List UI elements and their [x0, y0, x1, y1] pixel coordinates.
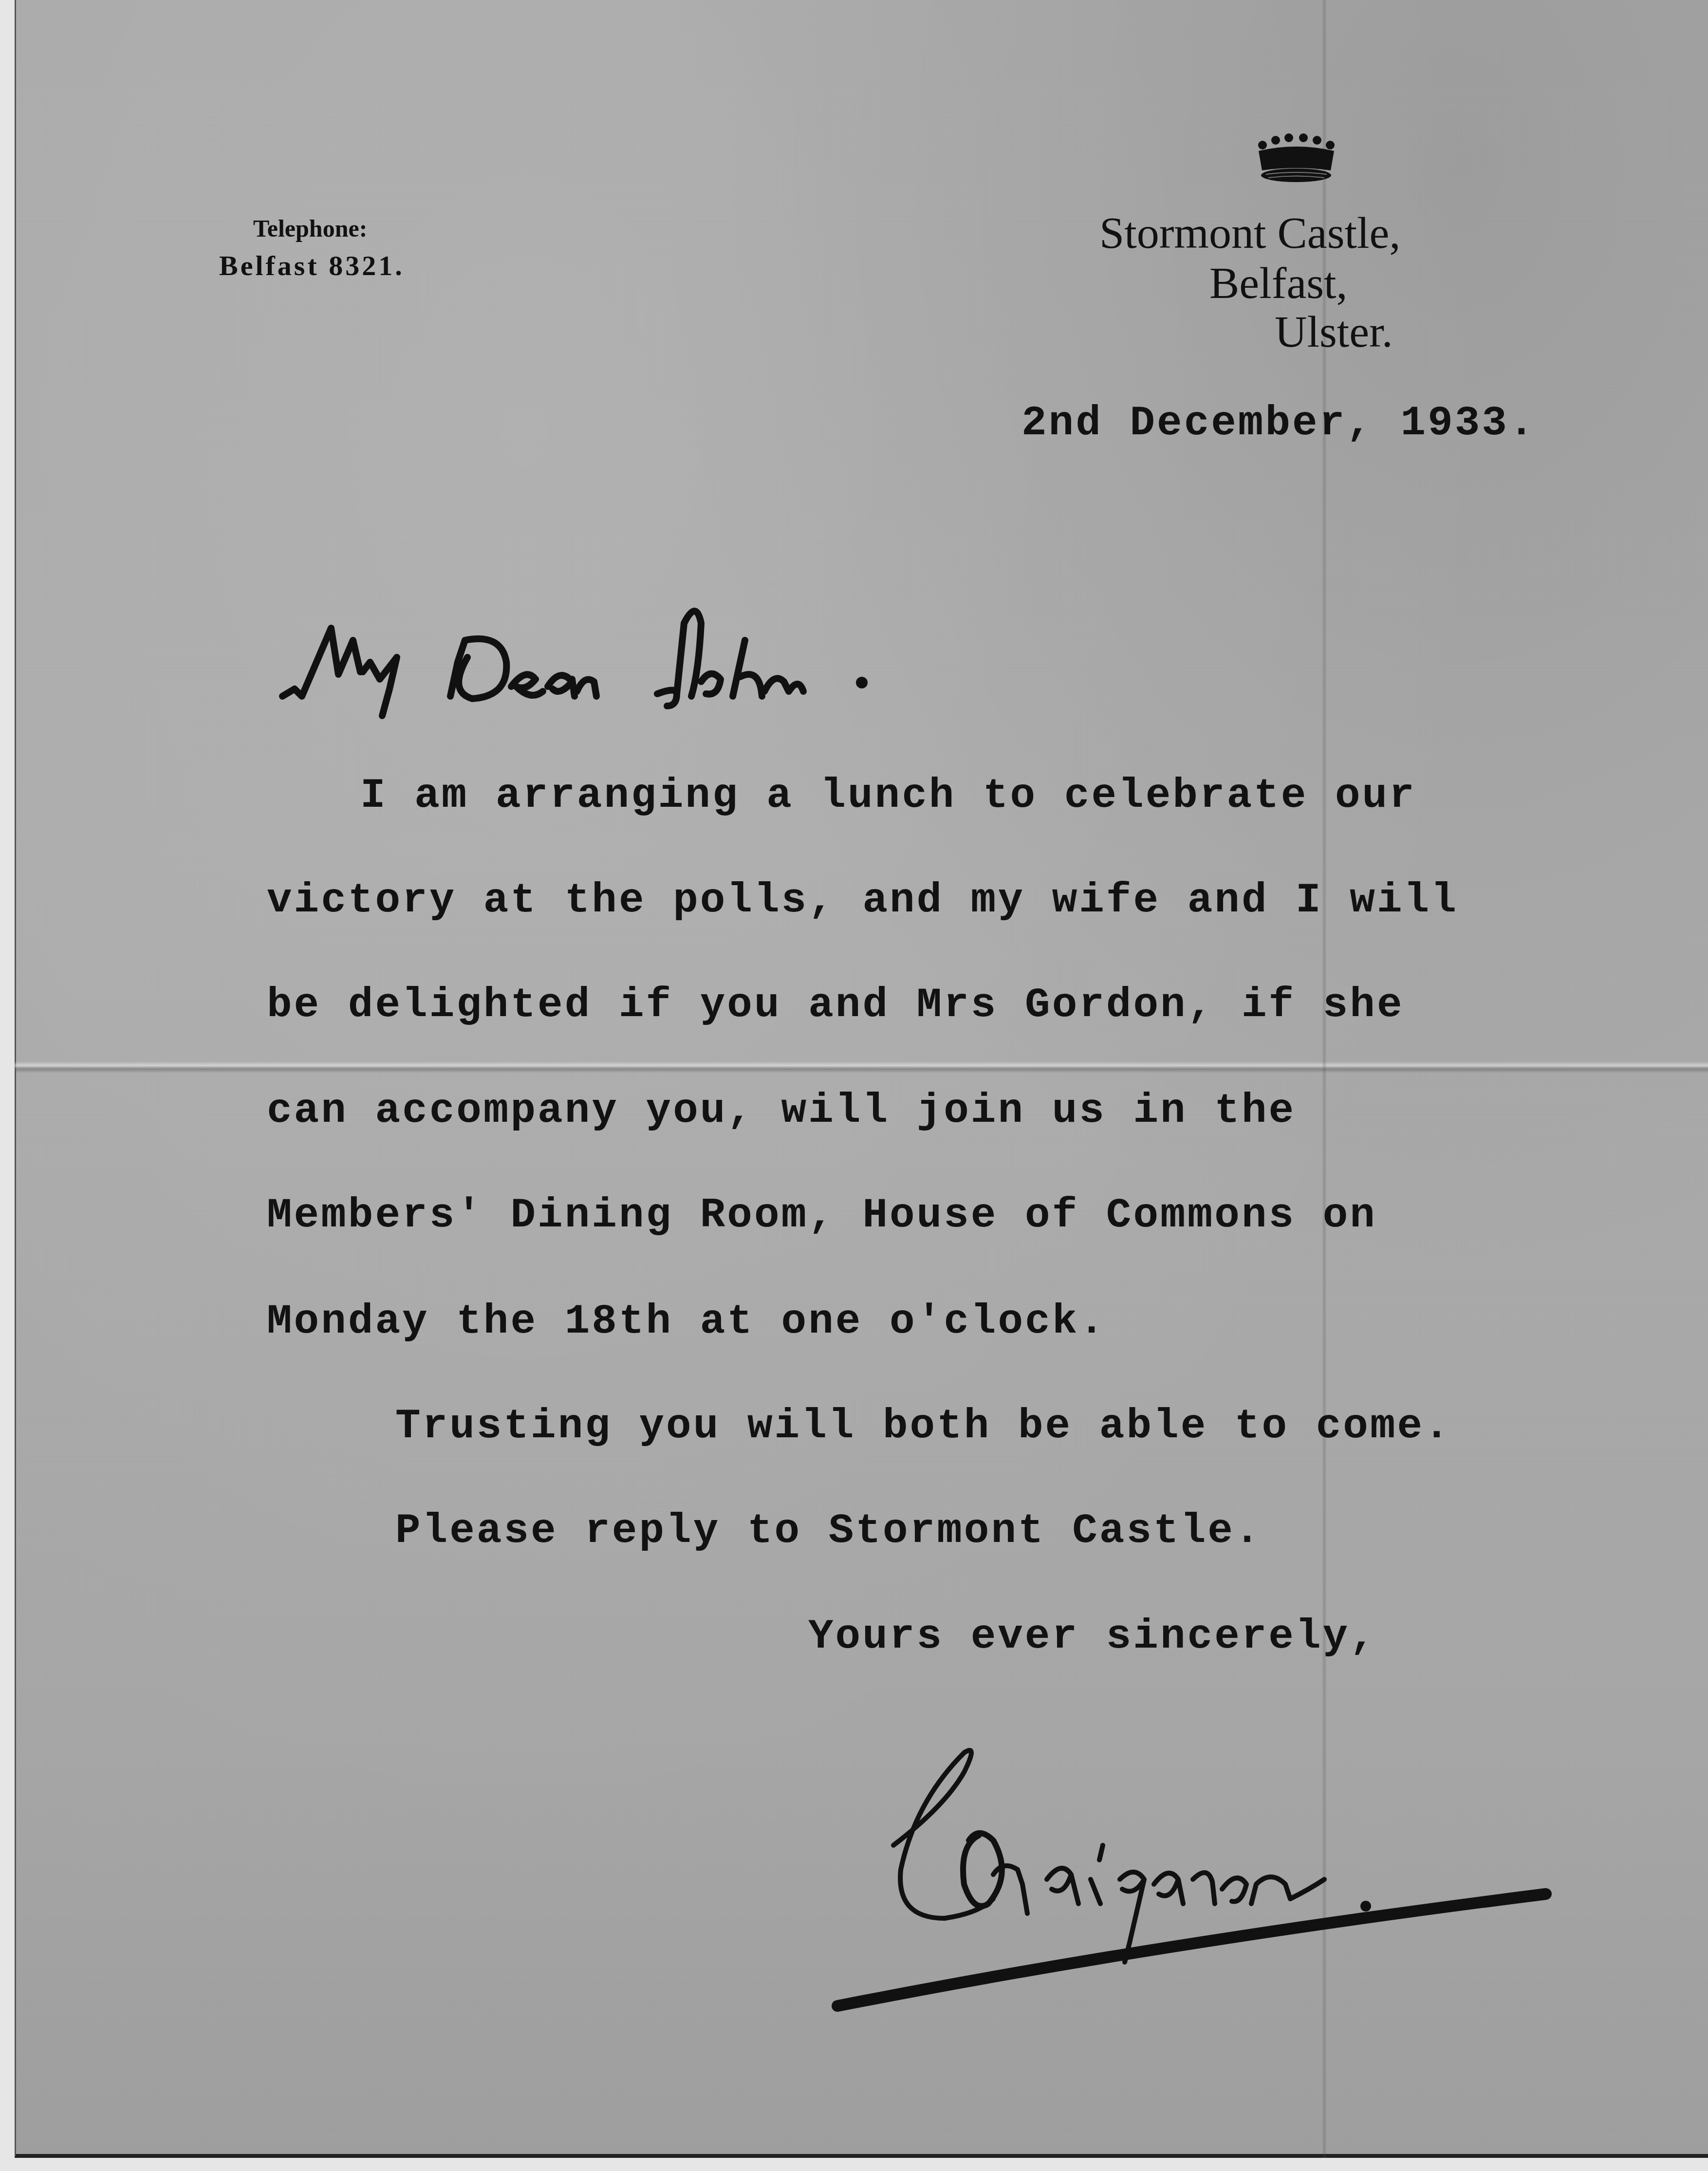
address-line-3: Ulster. — [1275, 306, 1393, 357]
salutation-script-strokes — [273, 594, 1052, 721]
coronet-icon — [1254, 131, 1339, 185]
signature-strokes — [818, 1714, 1655, 2055]
body-line-6: Monday the 18th at one o'clock. — [267, 1298, 1106, 1345]
horizontal-fold-crease — [15, 1061, 1708, 1073]
body-line-4: can accompany you, will join us in the — [267, 1087, 1296, 1134]
letter-date: 2nd December, 1933. — [1021, 399, 1536, 447]
handwritten-signature: Craigavon. — [818, 1714, 1655, 2055]
body-paragraph-2: Trusting you will both be able to come. — [395, 1402, 1451, 1450]
body-paragraph-3: Please reply to Stormont Castle. — [395, 1507, 1262, 1555]
handwritten-salutation: My Dear John. — [273, 594, 1052, 721]
address-line-1: Stormont Castle, — [1099, 207, 1400, 259]
body-line-3: be delighted if you and Mrs Gordon, if s… — [267, 981, 1404, 1029]
address-line-2: Belfast, — [1209, 257, 1348, 309]
telephone-label: Telephone: — [253, 214, 367, 242]
telephone-number: Belfast 8321. — [219, 249, 405, 282]
closing-line: Yours ever sincerely, — [808, 1613, 1377, 1660]
body-line-1: I am arranging a lunch to celebrate our — [360, 772, 1416, 819]
body-line-5: Members' Dining Room, House of Commons o… — [267, 1191, 1377, 1239]
body-line-2: victory at the polls, and my wife and I … — [267, 876, 1458, 924]
